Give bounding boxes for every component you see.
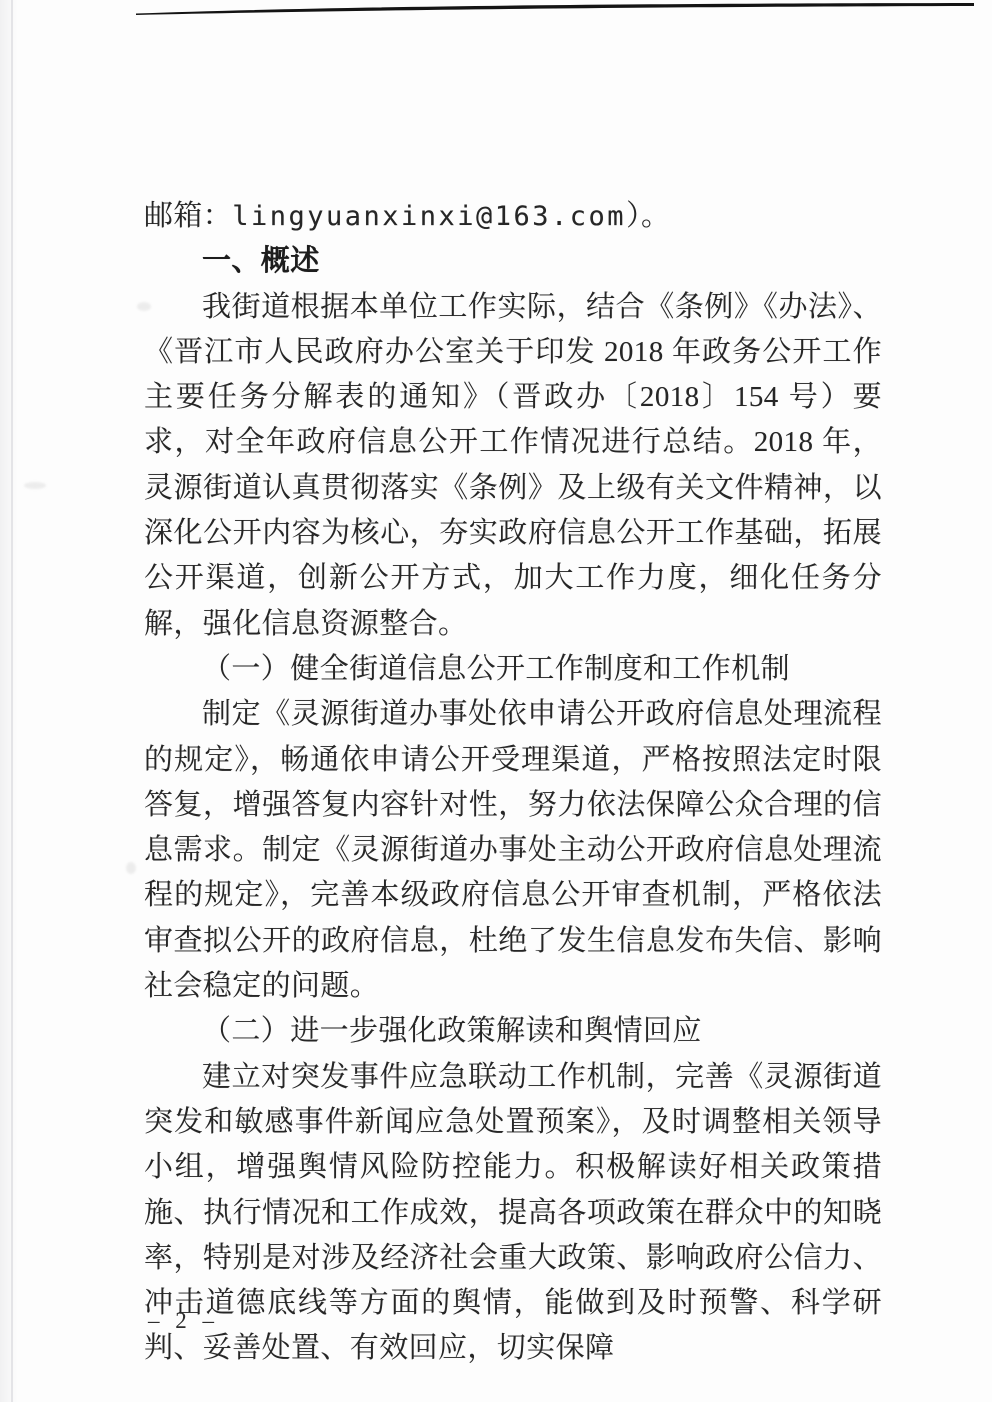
- page-number: – 2 –: [148, 1308, 219, 1334]
- continuation-line: 邮箱：lingyuanxinxi@163.com）。: [144, 194, 882, 239]
- email-address: lingyuanxinxi@163.com: [232, 201, 626, 232]
- scanned-document-page: 邮箱：lingyuanxinxi@163.com）。 一、概述 我街道根据本单位…: [0, 0, 992, 1402]
- document-body: 邮箱：lingyuanxinxi@163.com）。 一、概述 我街道根据本单位…: [144, 194, 882, 1372]
- subsection-heading-1: （一）健全街道信息公开工作制度和工作机制: [144, 647, 882, 692]
- scan-edge-shading: [0, 0, 18, 1402]
- paragraph-subsection-1: 制定《灵源街道办事处依申请公开政府信息处理流程的规定》，畅通依申请公开受理渠道，…: [144, 692, 882, 1009]
- scan-smudge: [126, 862, 136, 874]
- continuation-suffix: ）。: [626, 200, 670, 232]
- subsection-heading-2: （二）进一步强化政策解读和舆情回应: [144, 1009, 882, 1054]
- scan-streak-artifact: [0, 0, 992, 20]
- scan-smudge: [24, 482, 46, 489]
- section-heading-overview: 一、概述: [144, 239, 882, 284]
- paragraph-subsection-2: 建立对突发事件应急联动工作机制，完善《灵源街道突发和敏感事件新闻应急处置预案》，…: [144, 1055, 882, 1372]
- scan-edge-line-artifact: [11, 0, 13, 1402]
- paragraph-overview: 我街道根据本单位工作实际，结合《条例》《办法》、《晋江市人民政府办公室关于印发 …: [144, 285, 882, 647]
- email-label: 邮箱：: [144, 200, 232, 232]
